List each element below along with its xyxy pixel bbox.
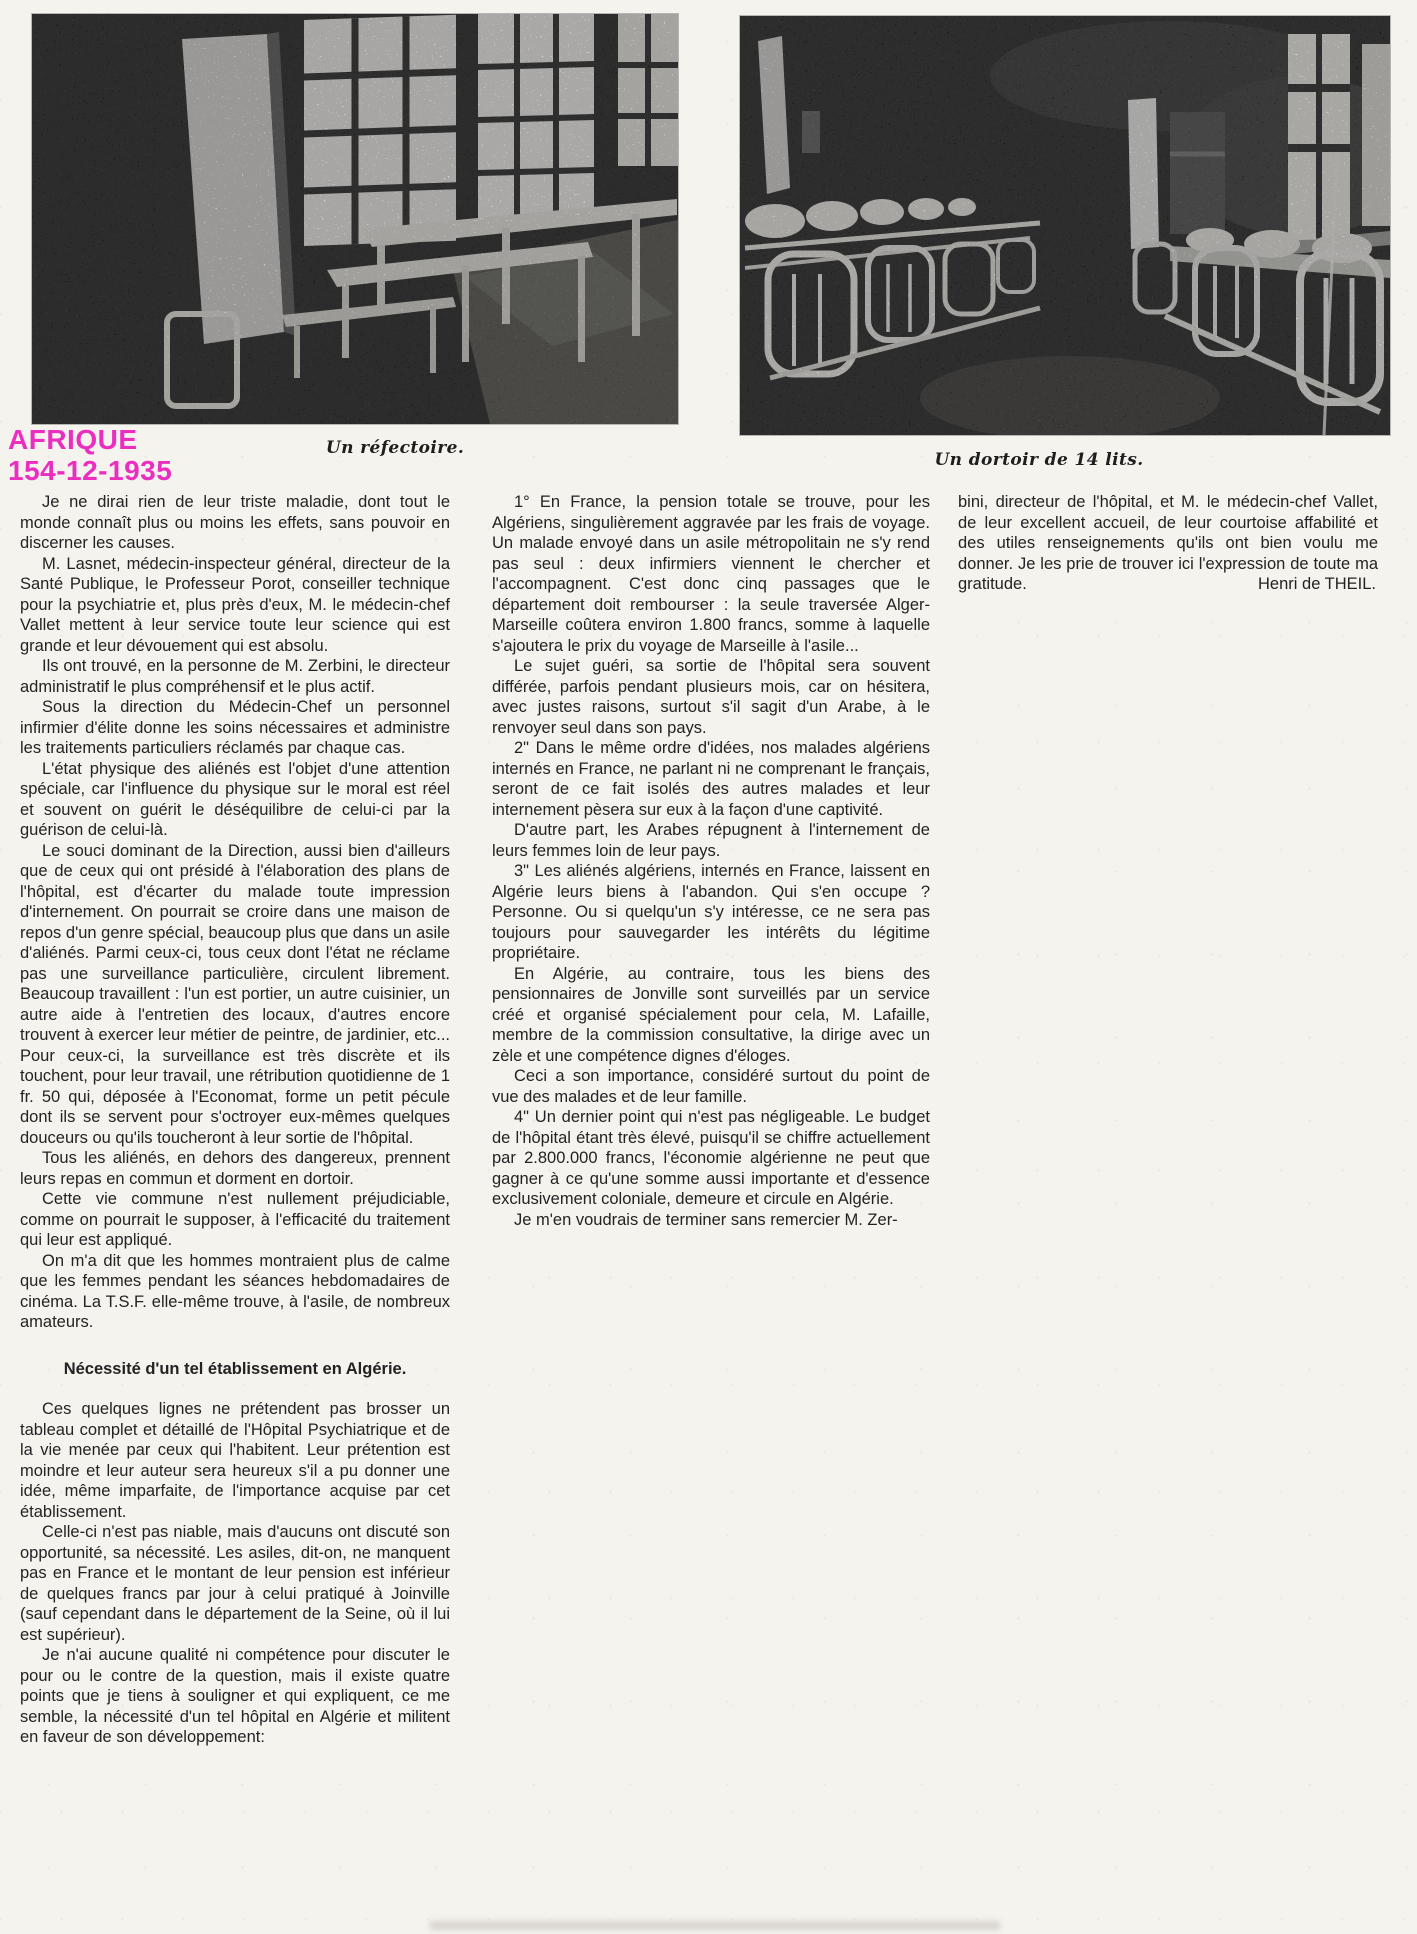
paragraph: 2" Dans le même ordre d'idées, nos malad… xyxy=(492,738,930,820)
photo-caption-dormitory: Un dortoir de 14 lits. xyxy=(889,450,1189,470)
section-heading: Nécessité d'un tel établissement en Algé… xyxy=(20,1359,450,1380)
article-column-3: bini, directeur de l'hôpital, et M. le m… xyxy=(958,492,1378,595)
archive-stamp: AFRIQUE 154-12-1935 xyxy=(8,424,172,486)
paragraph: Tous les aliénés, en dehors des dangereu… xyxy=(20,1148,450,1189)
refectory-photo-art xyxy=(32,14,678,424)
paragraph: Je ne dirai rien de leur triste maladie,… xyxy=(20,492,450,554)
photo-dormitory xyxy=(740,16,1390,435)
paragraph: Cette vie commune n'est nullement préjud… xyxy=(20,1189,450,1251)
dormitory-photo-art xyxy=(740,16,1390,435)
scanned-page: AFRIQUE 154-12-1935 Un réfectoire. Un do… xyxy=(0,0,1417,1934)
paragraph: Je n'ai aucune qualité ni compétence pou… xyxy=(20,1645,450,1748)
stamp-title: AFRIQUE xyxy=(8,424,172,455)
paragraph: Le souci dominant de la Direction, aussi… xyxy=(20,841,450,1149)
paragraph: Ils ont trouvé, en la personne de M. Zer… xyxy=(20,656,450,697)
scan-smudge xyxy=(430,1921,1000,1930)
paragraph: Ces quelques lignes ne prétendent pas br… xyxy=(20,1399,450,1522)
paragraph: On m'a dit que les hommes montraient plu… xyxy=(20,1251,450,1333)
paragraph: M. Lasnet, médecin-inspecteur général, d… xyxy=(20,554,450,657)
paragraph: Celle-ci n'est pas niable, mais d'aucuns… xyxy=(20,1522,450,1645)
paragraph: 4" Un dernier point qui n'est pas néglig… xyxy=(492,1107,930,1210)
paragraph: Le sujet guéri, sa sortie de l'hôpital s… xyxy=(492,656,930,738)
paragraph: L'état physique des aliénés est l'objet … xyxy=(20,759,450,841)
stamp-date: 154-12-1935 xyxy=(8,455,172,486)
article-column-2: 1° En France, la pension totale se trouv… xyxy=(492,492,930,1230)
paragraph: 1° En France, la pension totale se trouv… xyxy=(492,492,930,656)
photo-caption-refectory: Un réfectoire. xyxy=(245,438,545,458)
paragraph: 3" Les aliénés algériens, internés en Fr… xyxy=(492,861,930,964)
paragraph: Sous la direction du Médecin-Chef un per… xyxy=(20,697,450,759)
paragraph: Je m'en voudrais de terminer sans remerc… xyxy=(492,1210,930,1231)
paragraph: D'autre part, les Arabes répugnent à l'i… xyxy=(492,820,930,861)
paragraph: Ceci a son importance, considéré surtout… xyxy=(492,1066,930,1107)
article-column-1: Je ne dirai rien de leur triste maladie,… xyxy=(20,492,450,1748)
photo-refectory xyxy=(32,14,678,424)
paragraph: En Algérie, au contraire, tous les biens… xyxy=(492,964,930,1067)
